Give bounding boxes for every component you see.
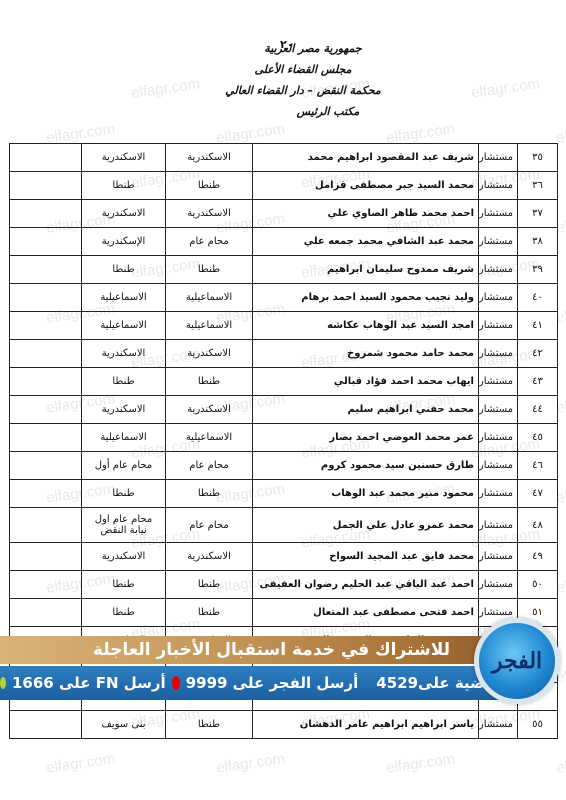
banner-sms-options: أرسل FN على 1666 أرسل الفجر على 9999 رسا… xyxy=(0,666,515,700)
row-current-post: الاسماعيلية xyxy=(166,312,253,340)
table-row: ٤٠مستشاروليد نجيب محمود السيد احمد برهام… xyxy=(10,284,558,312)
row-current-post: طنطا xyxy=(166,480,253,508)
row-title: مستشار xyxy=(479,284,518,312)
vodafone-text: أرسل الفجر على 9999 xyxy=(186,666,359,700)
row-new-post: الإسكندرية xyxy=(82,228,166,256)
row-new-post: طنطا xyxy=(82,480,166,508)
table-row: ٥٥مستشارياسر ابراهيم ابراهيم عامر الدهشا… xyxy=(10,711,558,739)
row-title: مستشار xyxy=(479,480,518,508)
row-title: مستشار xyxy=(479,228,518,256)
row-new-post: الاسكندرية xyxy=(82,200,166,228)
row-title: مستشار xyxy=(479,424,518,452)
row-number: ٤٣ xyxy=(518,368,558,396)
row-current-post: طنطا xyxy=(166,256,253,284)
row-name: محمد السيد جبر مصطفى قزامل xyxy=(253,172,479,200)
table-row: ٤٤مستشارمحمد حفني ابراهيم سليمالاسكندرية… xyxy=(10,396,558,424)
row-number: ٥٠ xyxy=(518,571,558,599)
row-current-post: طنطا xyxy=(166,368,253,396)
row-name: محمد عبد الشافي محمد جمعه علي xyxy=(253,228,479,256)
row-name: محمد عمرو عادل علي الجمل xyxy=(253,508,479,543)
row-name: ايهاب محمد احمد فؤاد قبالي xyxy=(253,368,479,396)
row-current-post: الاسكندرية xyxy=(166,200,253,228)
table-row: ٥١مستشاراحمد فتحى مصطفى عبد المتعالطنطاط… xyxy=(10,599,558,627)
row-new-post: طنطا xyxy=(82,256,166,284)
elfagr-logo: الفجر xyxy=(474,618,560,704)
row-title: مستشار xyxy=(479,508,518,543)
row-current-post: الاسكندرية xyxy=(166,144,253,172)
row-new-post: طنطا xyxy=(82,571,166,599)
row-name: شريف ممدوح سليمان ابراهيم xyxy=(253,256,479,284)
row-title: مستشار xyxy=(479,172,518,200)
row-notes xyxy=(10,480,82,508)
row-number: ٤٥ xyxy=(518,424,558,452)
row-current-post: طنطا xyxy=(166,599,253,627)
row-number: ٣٦ xyxy=(518,172,558,200)
row-new-post: الاسكندرية xyxy=(82,396,166,424)
row-title: مستشار xyxy=(479,256,518,284)
header-line-council: مجلس القضاء الأعلى xyxy=(0,59,566,80)
row-number: ٣٨ xyxy=(518,228,558,256)
row-current-post: طنطا xyxy=(166,571,253,599)
row-name: عمر محمد العوضي احمد بصار xyxy=(253,424,479,452)
row-notes xyxy=(10,312,82,340)
row-current-post: محام عام xyxy=(166,508,253,543)
row-notes xyxy=(10,284,82,312)
row-title: مستشار xyxy=(479,571,518,599)
row-name: وليد نجيب محمود السيد احمد برهام xyxy=(253,284,479,312)
row-new-post: طنطا xyxy=(82,599,166,627)
row-current-post: محام عام xyxy=(166,452,253,480)
table-row: ٣٩مستشارشريف ممدوح سليمان ابراهيمطنطاطنط… xyxy=(10,256,558,284)
row-current-post: الاسماعيلية xyxy=(166,284,253,312)
row-name: احمد فتحى مصطفى عبد المتعال xyxy=(253,599,479,627)
table-row: ٤٦مستشارطارق حسنين سيد محمود كروممحام عا… xyxy=(10,452,558,480)
table-row: ٤٩مستشارمحمد فايق عبد المجيد السواحالاسك… xyxy=(10,543,558,571)
table-row: ٣٧مستشاراحمد محمد طاهر الصاوي عليالاسكند… xyxy=(10,200,558,228)
table-row: ٤٥مستشارعمر محمد العوضي احمد بصارالاسماع… xyxy=(10,424,558,452)
row-title: مستشار xyxy=(479,200,518,228)
row-number: ٤٤ xyxy=(518,396,558,424)
row-current-post: الاسكندرية xyxy=(166,340,253,368)
row-new-post: الاسكندرية xyxy=(82,543,166,571)
row-title: مستشار xyxy=(479,340,518,368)
table-row: ٣٦مستشارمحمد السيد جبر مصطفى قزاملطنطاطن… xyxy=(10,172,558,200)
row-current-post: الاسكندرية xyxy=(166,543,253,571)
watermark-text: elfagr.com xyxy=(385,750,456,776)
row-name: محمد فايق عبد المجيد السواح xyxy=(253,543,479,571)
row-number: ٣٩ xyxy=(518,256,558,284)
row-current-post: محام عام xyxy=(166,228,253,256)
row-name: ياسر ابراهيم ابراهيم عامر الدهشان xyxy=(253,711,479,739)
row-number: ٤٠ xyxy=(518,284,558,312)
row-title: مستشار xyxy=(479,711,518,739)
banner-headline: للاشتراك في خدمة استقبال الأخبار العاجلة xyxy=(0,636,510,664)
row-name: طارق حسنين سيد محمود كروم xyxy=(253,452,479,480)
table-row: ٤١مستشارامجد السيد عبد الوهاب عكاشهالاسم… xyxy=(10,312,558,340)
row-new-post: بنى سويف xyxy=(82,711,166,739)
vodafone-logo-icon xyxy=(172,676,180,690)
watermark-text: elfagr.com xyxy=(215,750,286,776)
table-row: ٣٥مستشارشريف عبد المقصود ابراهيم محمدالا… xyxy=(10,144,558,172)
row-number: ٤٩ xyxy=(518,543,558,571)
row-name: امجد السيد عبد الوهاب عكاشه xyxy=(253,312,479,340)
etisalat-logo-icon xyxy=(0,677,6,689)
row-title: مستشار xyxy=(479,312,518,340)
row-current-post: طنطا xyxy=(166,172,253,200)
row-current-post: الاسماعيلية xyxy=(166,424,253,452)
row-notes xyxy=(10,228,82,256)
row-number: ٤٧ xyxy=(518,480,558,508)
row-new-post: الاسماعيلية xyxy=(82,424,166,452)
row-new-post: الاسماعيلية xyxy=(82,284,166,312)
table-row: ٤٧مستشارمحمود منير محمد عبد الوهابطنطاطن… xyxy=(10,480,558,508)
row-notes xyxy=(10,368,82,396)
row-new-post: الاسكندرية xyxy=(82,144,166,172)
row-notes xyxy=(10,711,82,739)
row-name: احمد عبد الباقي عبد الحليم رضوان العفيفى xyxy=(253,571,479,599)
row-title: مستشار xyxy=(479,543,518,571)
row-current-post: الاسكندرية xyxy=(166,396,253,424)
row-new-post: طنطا xyxy=(82,172,166,200)
row-notes xyxy=(10,424,82,452)
row-name: محمود منير محمد عبد الوهاب xyxy=(253,480,479,508)
subscription-banner[interactable]: للاشتراك في خدمة استقبال الأخبار العاجلة… xyxy=(0,636,566,702)
row-new-post: طنطا xyxy=(82,368,166,396)
row-number: ٤٨ xyxy=(518,508,558,543)
row-current-post: طنطا xyxy=(166,711,253,739)
row-title: مستشار xyxy=(479,452,518,480)
row-notes xyxy=(10,543,82,571)
row-notes xyxy=(10,256,82,284)
row-number: ٣٥ xyxy=(518,144,558,172)
row-notes xyxy=(10,396,82,424)
row-notes xyxy=(10,144,82,172)
row-title: مستشار xyxy=(479,368,518,396)
row-number: ٤٦ xyxy=(518,452,558,480)
row-notes xyxy=(10,340,82,368)
watermark-text: elfagr.com xyxy=(555,750,566,776)
row-notes xyxy=(10,599,82,627)
row-new-post: محام عام أول xyxy=(82,452,166,480)
header-line-office: مكتب الرئيس xyxy=(0,101,566,122)
watermark-text: elfagr.com xyxy=(45,750,116,776)
row-number: ٤٢ xyxy=(518,340,558,368)
header-line-court: محكمة النقض – دار القضاء العالي xyxy=(0,80,566,101)
table-row: ٣٨مستشارمحمد عبد الشافي محمد جمعه عليمحا… xyxy=(10,228,558,256)
table-row: ٤٣مستشارايهاب محمد احمد فؤاد قباليطنطاطن… xyxy=(10,368,558,396)
row-notes xyxy=(10,172,82,200)
etisalat-text: أرسل FN على 1666 xyxy=(12,666,166,700)
row-number: ٥٥ xyxy=(518,711,558,739)
row-title: مستشار xyxy=(479,144,518,172)
row-new-post: محام عام اول نيابة النقض xyxy=(82,508,166,543)
row-notes xyxy=(10,508,82,543)
row-notes xyxy=(10,571,82,599)
header-line-republic: جمهورية مصر العربية xyxy=(0,38,566,59)
table-row: ٤٢مستشارمحمد حامد محمود شمروخالاسكندريةا… xyxy=(10,340,558,368)
row-name: احمد محمد طاهر الصاوي علي xyxy=(253,200,479,228)
document-header: جمهورية مصر العربية مجلس القضاء الأعلى م… xyxy=(0,38,566,122)
row-name: محمد حفني ابراهيم سليم xyxy=(253,396,479,424)
row-name: محمد حامد محمود شمروخ xyxy=(253,340,479,368)
row-name: شريف عبد المقصود ابراهيم محمد xyxy=(253,144,479,172)
table-row: ٤٨مستشارمحمد عمرو عادل علي الجملمحام عام… xyxy=(10,508,558,543)
table-row: ٥٠مستشاراحمد عبد الباقي عبد الحليم رضوان… xyxy=(10,571,558,599)
row-notes xyxy=(10,200,82,228)
row-notes xyxy=(10,452,82,480)
row-number: ٤١ xyxy=(518,312,558,340)
row-new-post: الاسكندرية xyxy=(82,340,166,368)
row-title: مستشار xyxy=(479,396,518,424)
row-number: ٣٧ xyxy=(518,200,558,228)
row-new-post: الاسماعيلية xyxy=(82,312,166,340)
